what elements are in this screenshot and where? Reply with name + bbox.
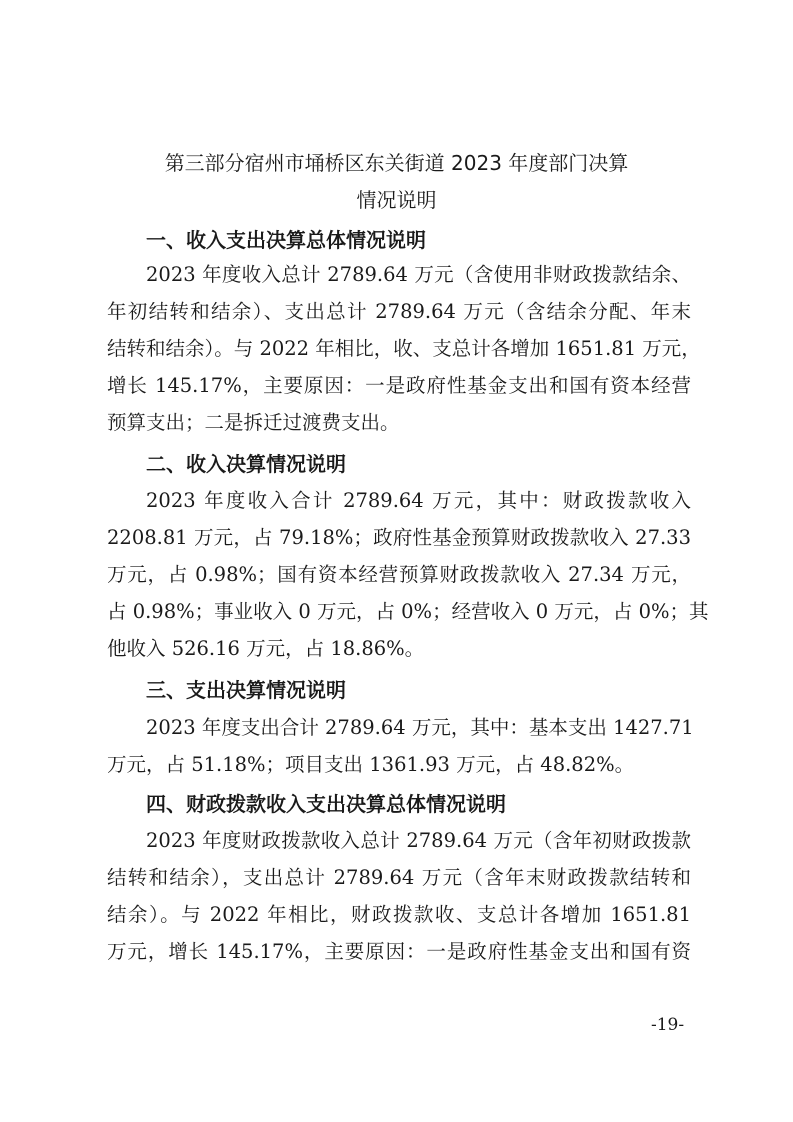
paragraph-line: 年初结转和结余）、支出总计 2789.64 万元（含结余分配、年末 — [107, 300, 691, 324]
paragraph-line: 结转和结余）。与 2022 年相比，收、支总计各增加 1651.81 万元， — [107, 337, 691, 361]
paragraph-line: 2023 年度收入合计 2789.64 万元，其中：财政拨款收入 — [146, 489, 691, 513]
paragraph-line: 预算支出；二是拆迁过渡费支出。 — [107, 411, 691, 435]
document-page: 第三部分宿州市埇桥区东关街道 2023 年度部门决算 情况说明 一、收入支出决算… — [0, 0, 793, 1122]
document-title-line-2: 情况说明 — [0, 188, 793, 212]
paragraph-line: 占 0.98%；事业收入 0 万元，占 0%；经营收入 0 万元，占 0%；其 — [107, 600, 691, 624]
section-heading-3: 三、支出决算情况说明 — [146, 678, 346, 702]
section-heading-2: 二、收入决算情况说明 — [146, 452, 346, 476]
section-heading-1: 一、收入支出决算总体情况说明 — [146, 228, 426, 252]
paragraph-line: 万元，占 51.18%；项目支出 1361.93 万元，占 48.82%。 — [107, 753, 691, 777]
paragraph-line: 2023 年度支出合计 2789.64 万元，其中：基本支出 1427.71 — [146, 716, 691, 740]
paragraph-line: 2023 年度收入总计 2789.64 万元（含使用非财政拨款结余、 — [146, 263, 691, 287]
paragraph-line: 2023 年度财政拨款收入总计 2789.64 万元（含年初财政拨款 — [146, 829, 691, 853]
paragraph-line: 增长 145.17%，主要原因：一是政府性基金支出和国有资本经营 — [107, 374, 691, 398]
paragraph-line: 结余）。与 2022 年相比，财政拨款收、支总计各增加 1651.81 — [107, 903, 691, 927]
page-number: -19- — [651, 1015, 684, 1035]
paragraph-line: 万元，占 0.98%；国有资本经营预算财政拨款收入 27.34 万元， — [107, 563, 691, 587]
paragraph-line: 万元，增长 145.17%，主要原因：一是政府性基金支出和国有资 — [107, 940, 691, 964]
paragraph-line: 他收入 526.16 万元，占 18.86%。 — [107, 637, 691, 661]
section-heading-4: 四、财政拨款收入支出决算总体情况说明 — [146, 792, 506, 816]
document-title-line-1: 第三部分宿州市埇桥区东关街道 2023 年度部门决算 — [0, 151, 793, 175]
paragraph-line: 2208.81 万元，占 79.18%；政府性基金预算财政拨款收入 27.33 — [107, 526, 691, 550]
paragraph-line: 结转和结余），支出总计 2789.64 万元（含年末财政拨款结转和 — [107, 866, 691, 890]
